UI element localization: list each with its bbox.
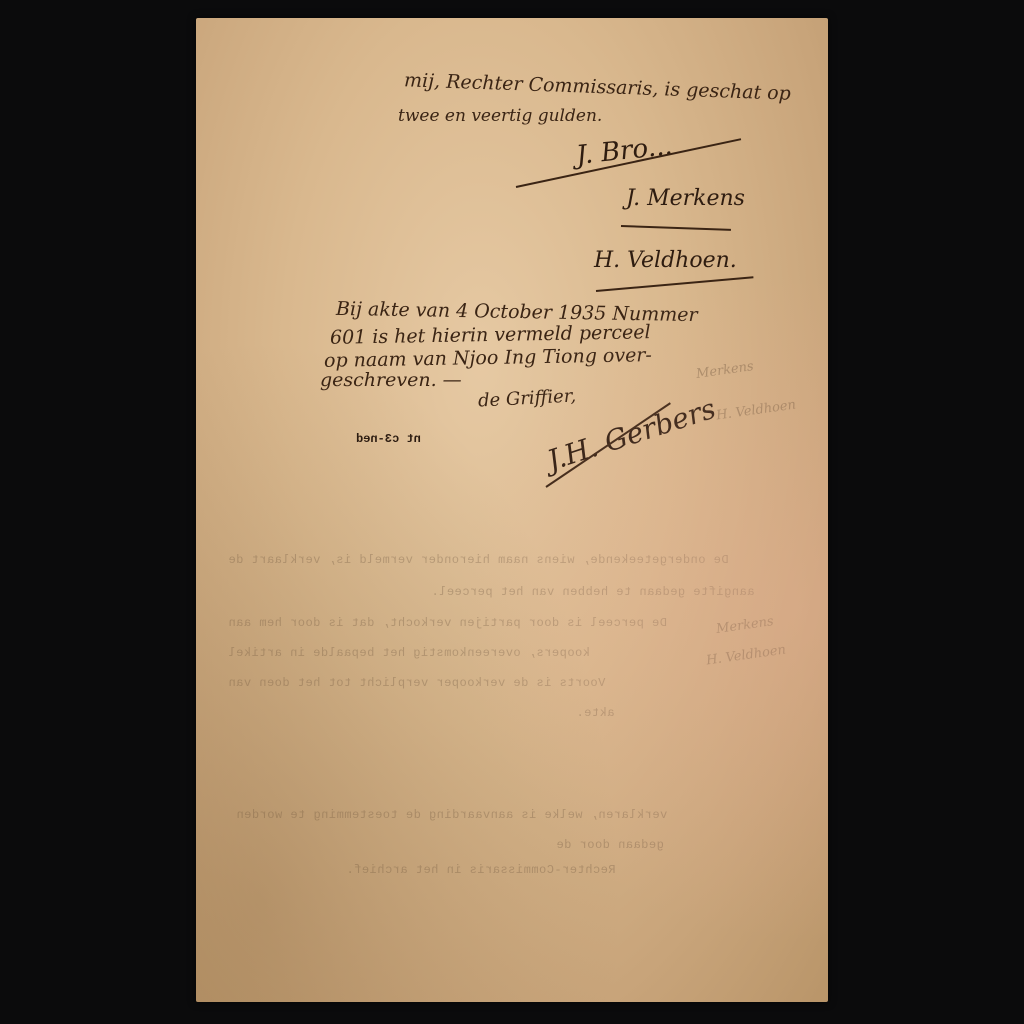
- typed-line: Rechter-Commissaris in het archief.: [346, 863, 616, 877]
- annotation-line3: op naam van Njoo Ing Tiong over-: [324, 344, 652, 372]
- margin-ghost-signature: H. Veldhoen: [705, 642, 787, 668]
- signature-2: J. Merkens: [626, 186, 745, 211]
- typed-line: koopers, overeenkomstig het bepaalde in …: [228, 646, 590, 660]
- handwritten-note-line2: twee en veertig gulden.: [398, 106, 602, 126]
- typed-line: Voorts is de verkooper verplicht tot het…: [228, 676, 605, 690]
- signature-2-underline: [621, 225, 731, 231]
- margin-ghost-signature: Merkens: [695, 359, 754, 382]
- typed-line: De ondergeteekende, wiens naam hieronder…: [228, 553, 729, 567]
- document-page: De ondergeteekende, wiens naam hieronder…: [196, 18, 828, 1002]
- margin-ghost-signature: H. Veldhoen: [715, 397, 797, 423]
- typed-line: verklaren, welke is aanvaarding de toest…: [236, 808, 667, 822]
- typed-line: aangifte gedaan te hebben van het percee…: [431, 585, 754, 599]
- annotation-closing: de Griffier,: [478, 385, 577, 411]
- margin-ghost-signature: Merkens: [715, 614, 774, 637]
- stamp-mark: nt c3-ned: [356, 432, 421, 446]
- typed-line: akte.: [576, 706, 615, 720]
- signature-3-underline: [596, 276, 754, 292]
- handwritten-note-line1: mij, Rechter Commissaris, is geschat op: [404, 69, 791, 104]
- typed-line: De perceel is door partijen verkocht, da…: [228, 616, 667, 630]
- typed-line: gedaan door de: [556, 838, 664, 852]
- annotation-line4: geschreven. —: [320, 369, 462, 391]
- signature-3: H. Veldhoen.: [594, 248, 737, 273]
